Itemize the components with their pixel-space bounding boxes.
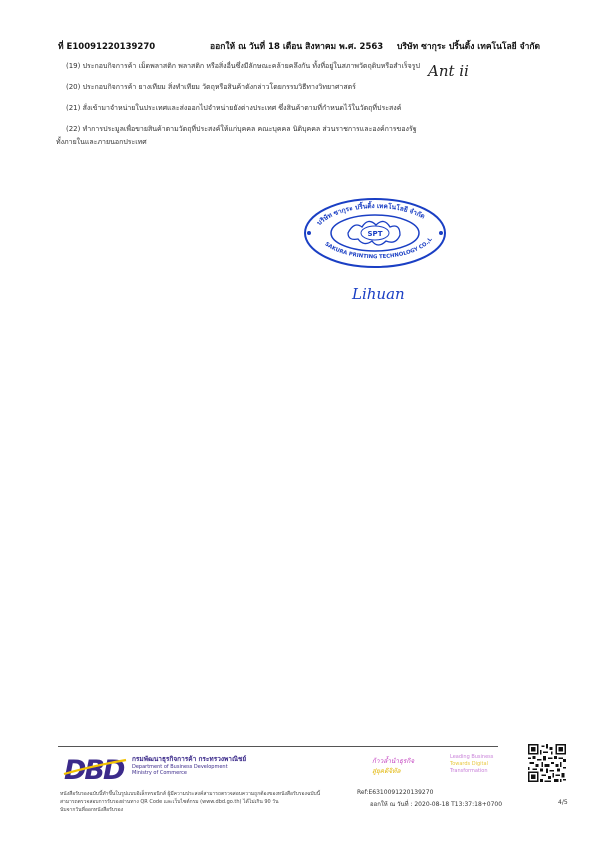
objective-21: (21) สั่งเข้ามาจำหน่ายในประเทศและส่งออกไ… <box>66 103 401 114</box>
page-number: 4/5 <box>558 799 568 806</box>
verification-note: หนังสือรับรองฉบับนี้ทำขึ้นในรูปแบบอิเล็ก… <box>60 790 320 814</box>
slogan-th: ก้าวล้ำนำธุรกิจ สู่ยุคดิจิทัล <box>372 756 414 776</box>
agency-en-line-2: Ministry of Commerce <box>132 770 228 776</box>
company-name: บริษัท ซากุระ ปริ้นติ้ง เทคโนโลยี จำกัด <box>397 39 540 53</box>
signature-top: Ant ⅱ <box>428 62 469 80</box>
note-line-1: หนังสือรับรองฉบับนี้ทำขึ้นในรูปแบบอิเล็ก… <box>60 790 320 798</box>
issued-timestamp: ออกให้ ณ วันที่ : 2020-08-18 T13:37:18+0… <box>370 799 502 809</box>
agency-name-en: Department of Business Development Minis… <box>132 764 228 776</box>
issued-date: ออกให้ ณ วันที่ 18 เดือน สิงหาคม พ.ศ. 25… <box>210 39 383 53</box>
agency-name-th: กรมพัฒนาธุรกิจการค้า กระทรวงพาณิชย์ <box>132 754 246 764</box>
signature-bottom: Lihuan <box>352 285 405 303</box>
slogan-th-line-1: ก้าวล้ำนำธุรกิจ <box>372 756 414 766</box>
footer-divider <box>58 746 498 747</box>
slogan-th-line-2: สู่ยุคดิจิทัล <box>372 766 414 776</box>
slogan-en: Leading Business Towards Digital Transfo… <box>450 754 493 775</box>
slogan-en-line-1: Leading Business <box>450 754 493 761</box>
objective-22-continued: ทั้งภายในและภายนอกประเทศ <box>56 137 147 148</box>
note-line-3: นับจากวันที่ออกหนังสือรับรอง <box>60 806 320 814</box>
dbd-logo: DBD <box>62 754 128 782</box>
slogan-en-line-3: Transformation <box>450 768 493 775</box>
svg-text:DBD: DBD <box>64 755 125 782</box>
slogan-en-line-2: Towards Digital <box>450 761 493 768</box>
qr-code[interactable] <box>528 744 566 782</box>
objective-19: (19) ประกอบกิจการค้า เม็ดพลาสติก พลาสติก… <box>66 61 420 72</box>
objective-20: (20) ประกอบกิจการค้า ยางเทียม สิ่งทำเทีย… <box>66 82 356 93</box>
document-number: ที่ E10091220139270 <box>58 39 155 53</box>
reference-number: Ref:E6310091220139270 <box>357 789 433 796</box>
stamp-center-text: SPT <box>368 230 383 238</box>
objective-22: (22) ทำการประมูลเพื่อขายสินค้าตามวัตถุที… <box>66 124 417 135</box>
note-line-2: สามารถตรวจสอบการรับรองผ่านทาง QR Code แล… <box>60 798 320 806</box>
company-stamp: SPT บริษัท ซากุระ ปริ้นติ้ง เทคโนโลยี จำ… <box>300 195 450 270</box>
